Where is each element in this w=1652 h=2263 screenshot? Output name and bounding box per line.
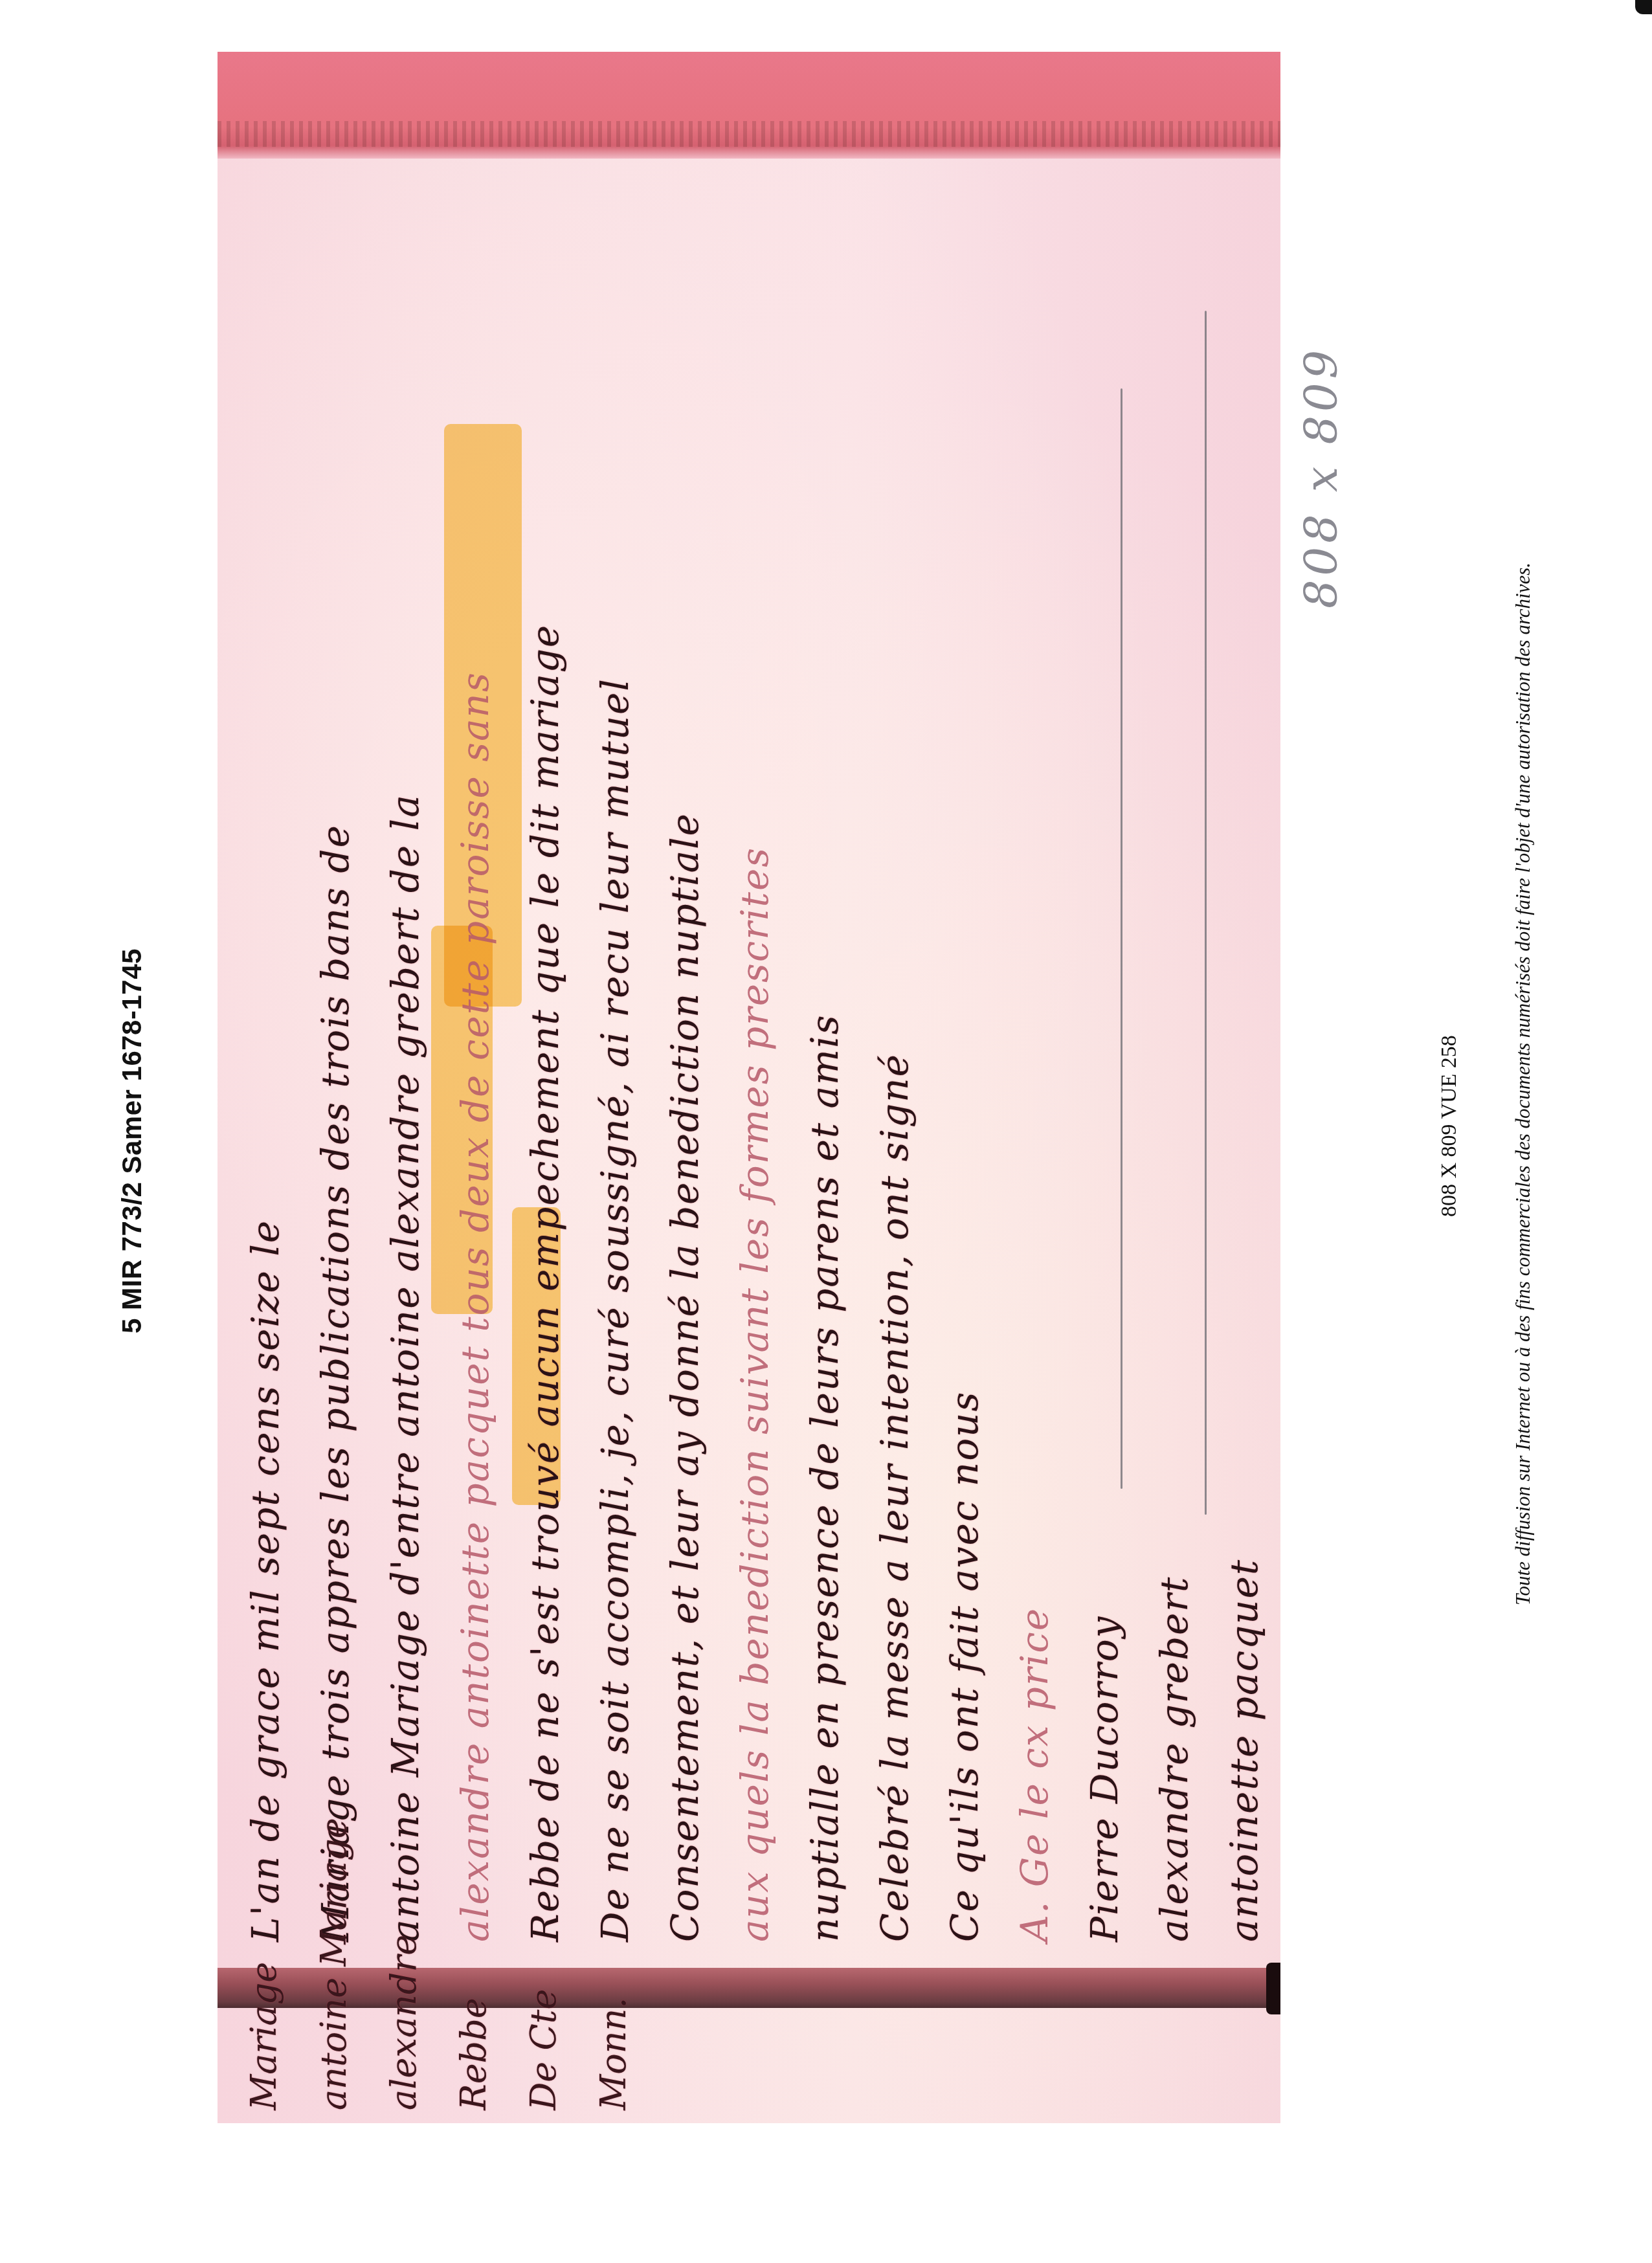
manuscript-scan: L'an de grace mil sept cens seize leMari… [218, 52, 1280, 2123]
archive-reference: 5 MIR 773/2 Samer 1678-1745 [117, 880, 155, 1333]
margin-entry: antoine Mariage [313, 1818, 354, 2110]
handwritten-line: alexandre grebert [1152, 1576, 1196, 1942]
pencil-annotation: 808 x 809 [1295, 346, 1348, 608]
binding-cap [1266, 1963, 1280, 2014]
page-edge-band [218, 52, 1280, 159]
margin-entry: Monn. [593, 1997, 634, 2110]
page-corner-mark [1635, 0, 1652, 14]
handwritten-line: antoinette pacquet [1222, 1559, 1266, 1942]
pencil-bracket [1205, 311, 1207, 1515]
pencil-bracket [1121, 388, 1122, 1489]
view-label: 808 X 809 VUE 258 [1437, 1035, 1462, 1217]
handwritten-line: De ne se soit accompli, je, curé soussig… [593, 678, 637, 1942]
rights-notice: Toute diffusion sur Internet ou à des fi… [1512, 563, 1535, 1605]
handwritten-line: L'an de grace mil sept cens seize le [243, 1220, 287, 1942]
handwritten-line: Ce qu'ils ont fait avec nous [943, 1391, 987, 1942]
handwritten-line: Rebbe de ne s'est trouvé aucun empecheme… [523, 624, 567, 1942]
margin-entry: Rebbe [453, 1998, 494, 2110]
handwritten-line: antoine Mariage d'entre antoine alexandr… [383, 794, 427, 1942]
handwritten-line: Mariage trois appres les publications de… [313, 824, 357, 1942]
margin-entry: alexandre [383, 1935, 424, 2110]
handwritten-line: Pierre Ducorroy [1082, 1615, 1126, 1942]
handwritten-line: aux quels la benediction suivant les for… [733, 847, 777, 1942]
handwritten-line: nuptialle en presence de leurs parens et… [803, 1014, 847, 1942]
handwritten-line: Celebré la messe a leur intention, ont s… [873, 1053, 917, 1942]
binding-band [218, 1968, 1280, 2008]
handwritten-line: Consentement, et leur ay donné la benedi… [663, 812, 707, 1942]
margin-entry: De Cte [523, 1989, 564, 2110]
handwritten-line: A. Ge le cx price [1012, 1607, 1056, 1942]
margin-entry: Mariage [243, 1962, 284, 2110]
handwritten-line: alexandre antoinette pacquet tous deux d… [453, 671, 497, 1942]
